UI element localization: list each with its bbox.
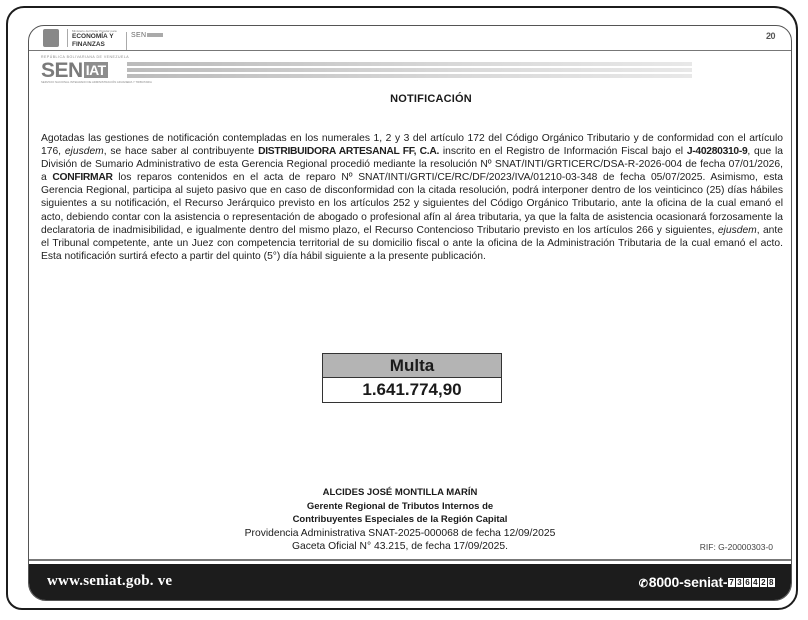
digit: 4 (752, 578, 759, 587)
fine-table: Multa 1.641.774,90 (322, 353, 502, 403)
website-link[interactable]: www.seniat.gob. ve (47, 573, 172, 590)
paragraph-text: , se hace saber al contribuyente (104, 146, 258, 157)
fine-amount: 1.641.774,90 (323, 378, 501, 402)
footer-divider (29, 559, 791, 561)
seniat-mini-text: SEN (131, 32, 146, 39)
hotline-text: 8000-seniat- (649, 574, 728, 590)
ministry-line2: FINANZAS (72, 41, 105, 48)
digit: 3 (736, 578, 743, 587)
signature-block: ALCIDES JOSÉ MONTILLA MARÍN Gerente Regi… (29, 486, 791, 554)
institution-rif: RIF: G-20000303-0 (700, 542, 773, 552)
signatory-role-line1: Gerente Regional de Tributos Internos de (28, 500, 791, 514)
taxpayer-name: DISTRIBUIDORA ARTESANAL FF, C.A. (258, 146, 439, 157)
seniat-header-logo: REPÚBLICA BOLIVARIANA DE VENEZUELA SENIA… (41, 55, 781, 91)
fine-label: Multa (323, 354, 501, 378)
ministry-line1: ECONOMÍA Y (72, 33, 114, 40)
ejusdem-term: ejusdem (65, 146, 104, 157)
anniversary-badge: 20 (766, 31, 775, 41)
document-title: NOTIFICACIÓN (29, 93, 791, 105)
seniat-mini-logo: SEN (126, 32, 163, 50)
outer-frame: Ministerio del Poder Popular para ECONOM… (6, 6, 798, 610)
paragraph-text: inscrito en el Registro de Información F… (439, 146, 687, 157)
hotline: ✆8000-seniat-736428 (639, 574, 775, 590)
confirm-term: CONFIRMAR (52, 172, 112, 183)
notification-paragraph: Agotadas las gestiones de notificación c… (41, 132, 783, 263)
government-shield-icon (43, 29, 59, 47)
seniat-logo-main: SEN (41, 59, 83, 82)
footer-bar: www.seniat.gob. ve ✆8000-seniat-736428 (29, 564, 791, 601)
digit: 6 (744, 578, 751, 587)
paragraph-text: los reparos contenidos en el acta de rep… (41, 172, 783, 235)
digit: 2 (760, 578, 767, 587)
digit: 8 (768, 578, 775, 587)
taxpayer-rif: J-40280310-9 (687, 146, 748, 157)
gaceta-reference: Gaceta Oficial N° 43.215, de fecha 17/09… (28, 540, 791, 554)
signatory-role-line2: Contribuyentes Especiales de la Región C… (28, 513, 791, 527)
seniat-logo-box: IAT (84, 62, 108, 78)
phone-icon: ✆ (639, 578, 648, 590)
digit: 7 (728, 578, 735, 587)
ejusdem-term: ejusdem (718, 225, 757, 236)
document-title-text: NOTIFICACIÓN (390, 93, 472, 105)
ministry-logo: Ministerio del Poder Popular para ECONOM… (67, 29, 117, 47)
providencia-reference: Providencia Administrativa SNAT-2025-000… (28, 527, 791, 541)
hotline-digits: 736428 (727, 578, 775, 587)
header-stripes (127, 62, 692, 82)
signatory-name: ALCIDES JOSÉ MONTILLA MARÍN (28, 486, 791, 500)
document-frame: Ministerio del Poder Popular para ECONOM… (28, 25, 792, 601)
header-top-strip: Ministerio del Poder Popular para ECONOM… (29, 26, 791, 51)
mini-logo-bar (147, 33, 163, 37)
